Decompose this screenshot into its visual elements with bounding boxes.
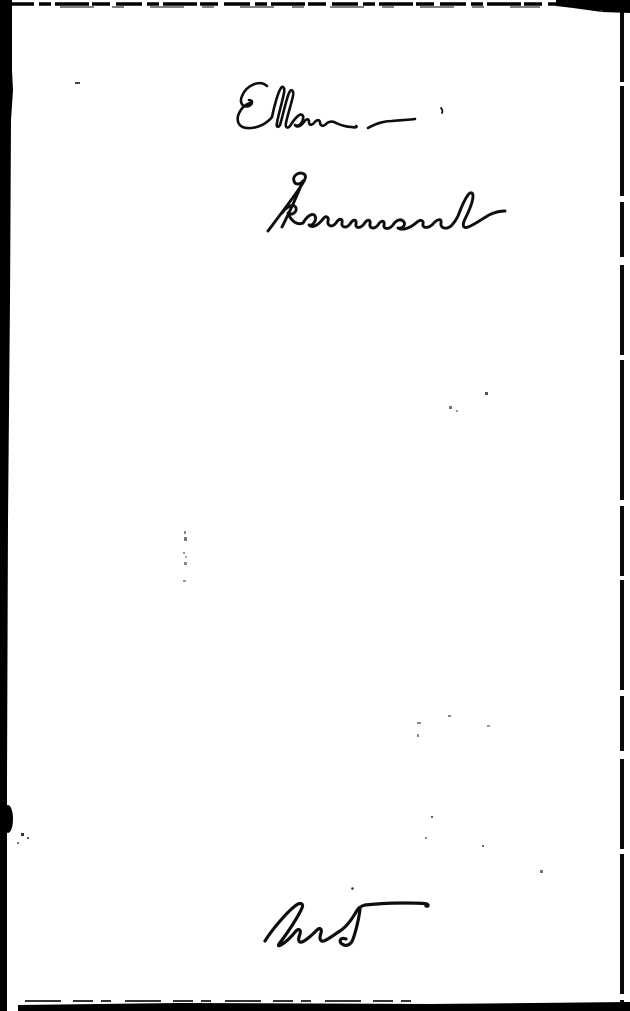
handwriting-inscription-2-strokes xyxy=(268,173,505,231)
scan-border-top xyxy=(8,0,630,13)
stroke-llen-tail xyxy=(272,87,357,128)
handwriting-inscription-3-strokes xyxy=(265,903,428,946)
handwriting-inscription-2 xyxy=(268,173,505,231)
stroke-apostrophe-speck xyxy=(441,108,442,113)
stroke-capital-E xyxy=(241,83,267,106)
scanned-flyleaf-page xyxy=(0,0,630,1011)
scan-border-bottom xyxy=(18,1001,630,1011)
stroke-capital-E-lower xyxy=(238,103,272,128)
scan-canvas xyxy=(0,0,630,1011)
scan-border-left xyxy=(0,0,13,1011)
ink-dot xyxy=(351,887,354,890)
handwriting-inscription-3 xyxy=(265,887,428,946)
handwriting-inscription-1 xyxy=(238,83,443,128)
handwriting-inscription-1-strokes xyxy=(238,83,443,128)
stroke-dash-after-name xyxy=(368,119,415,128)
dust-specks xyxy=(17,10,603,873)
stroke-lowercase-run xyxy=(303,193,505,229)
